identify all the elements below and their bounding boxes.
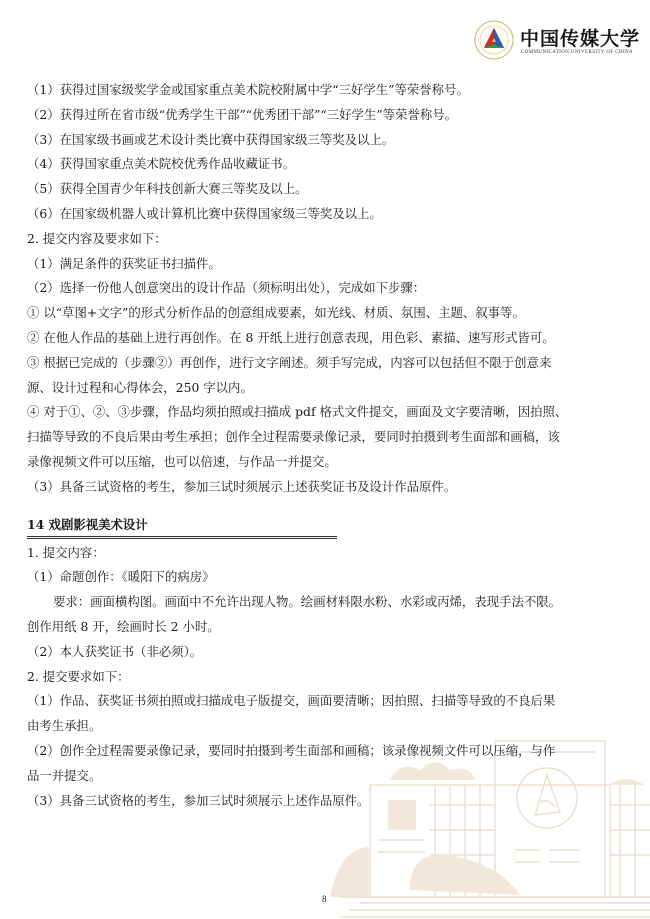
award-item-1: （1）获得过国家级奖学金或国家重点美术院校附属中学“三好学生”等荣誉称号。 bbox=[27, 78, 627, 103]
submission-step-3-cont: 源、设计过程和心得体会，250 字以内。 bbox=[27, 376, 627, 401]
award-item-2: （2）获得过所在省市级“优秀学生干部”“优秀团干部”“三好学生”等荣誉称号。 bbox=[27, 103, 627, 128]
university-emblem-icon bbox=[474, 20, 514, 60]
requirement-item-1: （1）作品、获奖证书须拍照或扫描成电子版提交，画面要清晰；因拍照、扫描等导致的不… bbox=[27, 689, 627, 714]
content-heading: 1. 提交内容： bbox=[27, 541, 627, 566]
award-item-6: （6）在国家级机器人或计算机比赛中获得国家级三等奖及以上。 bbox=[27, 202, 627, 227]
requirements-heading: 2. 提交要求如下： bbox=[27, 665, 627, 690]
award-item-5: （5）获得全国青少年科技创新大赛三等奖及以上。 bbox=[27, 177, 627, 202]
requirement-item-2-cont: 品一并提交。 bbox=[27, 764, 627, 789]
requirement-text-cont: 创作用纸 8 开，绘画时长 2 小时。 bbox=[27, 615, 627, 640]
submission-step-4-cont: 扫描等导致的不良后果由考生承担；创作全过程需要录像记录，要同时拍摄到考生面部和画… bbox=[27, 425, 627, 450]
submission-step-4-cont: 录像视频文件可以压缩，也可以倍速，与作品一并提交。 bbox=[27, 450, 627, 475]
requirement-item-2: （2）创作全过程需要录像记录，要同时拍摄到考生面部和画稿；该录像视频文件可以压缩… bbox=[27, 739, 627, 764]
university-logo: 中国传媒大学 COMMUNICATION UNIVERSITY OF CHINA bbox=[474, 20, 644, 66]
document-page: 中国传媒大学 COMMUNICATION UNIVERSITY OF CHINA bbox=[0, 0, 650, 919]
submission-heading: 2. 提交内容及要求如下： bbox=[27, 227, 627, 252]
submission-item-3: （3）具备三试资格的考生，参加三试时须展示上述获奖证书及设计作品原件。 bbox=[27, 475, 627, 500]
submission-item-1: （1）满足条件的获奖证书扫描件。 bbox=[27, 252, 627, 277]
submission-item-2: （2）选择一份他人创意突出的设计作品（须标明出处），完成如下步骤： bbox=[27, 276, 627, 301]
submission-step-2: ② 在他人作品的基础上进行再创作。在 8 开纸上进行创意表现，用色彩、素描、速写… bbox=[27, 326, 627, 351]
submission-step-1: ① 以“草图+文字”的形式分析作品的创意组成要素，如光线、材质、氛围、主题、叙事… bbox=[27, 301, 627, 326]
logo-chinese-name: 中国传媒大学 bbox=[520, 24, 640, 51]
award-item-3: （3）在国家级书画或艺术设计类比赛中获得国家级三等奖及以上。 bbox=[27, 128, 627, 153]
section-title: 14 戏剧影视美术设计 bbox=[27, 514, 337, 539]
page-number: 8 bbox=[322, 894, 327, 904]
content-item-1: （1）命题创作：《暖阳下的病房》 bbox=[27, 565, 627, 590]
logo-english-name: COMMUNICATION UNIVERSITY OF CHINA bbox=[521, 50, 633, 55]
requirement-text: 要求：画面横构图。画面中不允许出现人物。绘画材料限水粉、水彩或丙烯，表现手法不限… bbox=[27, 590, 627, 615]
award-item-4: （4）获得国家重点美术院校优秀作品收藏证书。 bbox=[27, 152, 627, 177]
requirement-item-1-cont: 由考生承担。 bbox=[27, 714, 627, 739]
requirement-item-3: （3）具备三试资格的考生，参加三试时须展示上述作品原件。 bbox=[27, 789, 627, 814]
submission-step-3: ③ 根据已完成的（步骤②）再创作，进行文字阐述。须手写完成，内容可以包括但不限于… bbox=[27, 351, 627, 376]
submission-step-4: ④ 对于①、②、③步骤，作品均须拍照或扫描成 pdf 格式文件提交，画面及文字要… bbox=[27, 400, 627, 425]
content-item-2: （2）本人获奖证书（非必须）。 bbox=[27, 640, 627, 665]
document-body: （1）获得过国家级奖学金或国家重点美术院校附属中学“三好学生”等荣誉称号。 （2… bbox=[27, 78, 627, 813]
